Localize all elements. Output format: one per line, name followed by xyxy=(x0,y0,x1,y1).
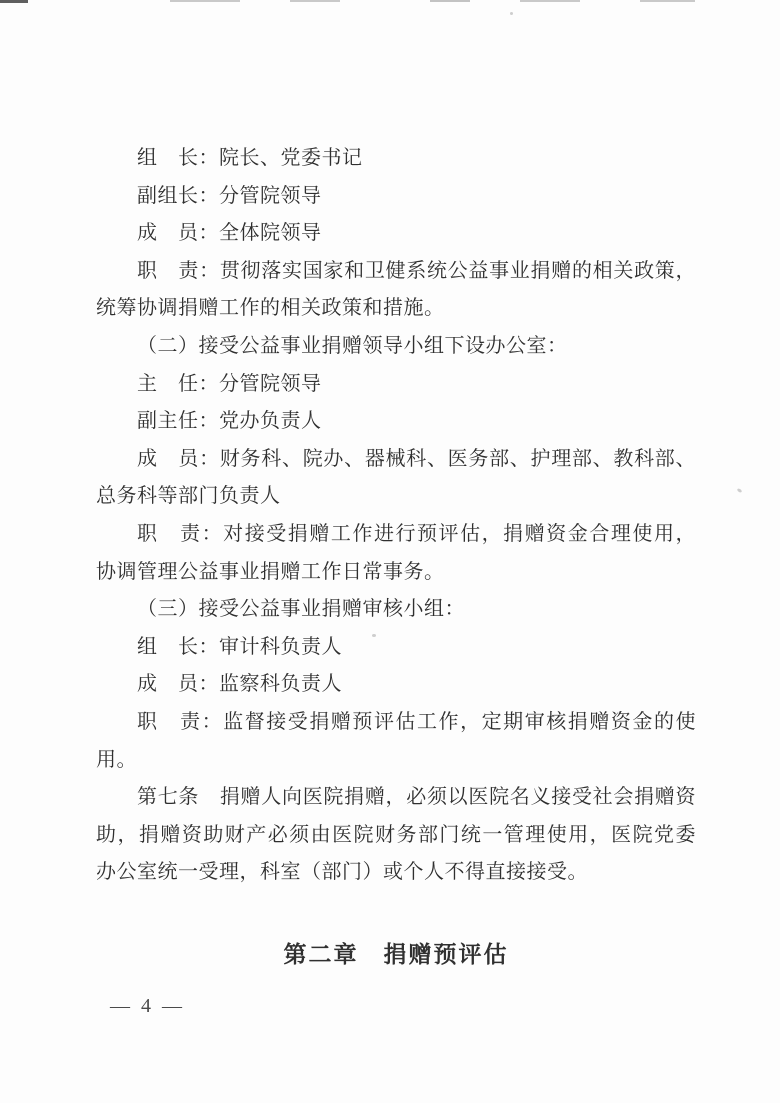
text-line: 助，捐赠资助财产必须由医院财务部门统一管理使用，医院党委 xyxy=(96,817,696,855)
text-line: 成 员：全体院领导 xyxy=(96,215,696,253)
scan-speck xyxy=(737,488,743,493)
text-line: （三）接受公益事业捐赠审核小组： xyxy=(96,591,696,629)
text-line: 职 责：监督接受捐赠预评估工作，定期审核捐赠资金的使 xyxy=(96,704,696,742)
text-line: 第七条 捐赠人向医院捐赠，必须以医院名义接受社会捐赠资 xyxy=(96,779,696,817)
text-line: 统筹协调捐赠工作的相关政策和措施。 xyxy=(96,290,696,328)
text-line: 办公室统一受理，科室（部门）或个人不得直接接受。 xyxy=(96,854,696,892)
text-line: （二）接受公益事业捐赠领导小组下设办公室： xyxy=(96,328,696,366)
text-line: 职 责：对接受捐赠工作进行预评估，捐赠资金合理使用， xyxy=(96,516,696,554)
text-line: 组 长：院长、党委书记 xyxy=(96,140,696,178)
text-line: 成 员：财务科、院办、器械科、医务部、护理部、教科部、 xyxy=(96,441,696,479)
text-line: 成 员：监察科负责人 xyxy=(96,666,696,704)
text-line: 协调管理公益事业捐赠工作日常事务。 xyxy=(96,554,696,592)
chapter-heading: 第二章 捐赠预评估 xyxy=(96,936,696,974)
document-page: 组 长：院长、党委书记副组长：分管院领导成 员：全体院领导职 责：贯彻落实国家和… xyxy=(0,0,780,1103)
page-number: — 4 — xyxy=(110,995,185,1018)
scan-speck xyxy=(510,12,513,15)
text-line: 总务科等部门负责人 xyxy=(96,478,696,516)
document-body-text: 组 长：院长、党委书记副组长：分管院领导成 员：全体院领导职 责：贯彻落实国家和… xyxy=(96,140,696,892)
text-line: 副主任：党办负责人 xyxy=(96,403,696,441)
text-line: 职 责：贯彻落实国家和卫健系统公益事业捐赠的相关政策， xyxy=(96,253,696,291)
text-line: 主 任：分管院领导 xyxy=(96,366,696,404)
text-line: 用。 xyxy=(96,742,696,780)
scan-artifact-top-edge xyxy=(0,0,780,4)
text-line: 组 长：审计科负责人 xyxy=(96,629,696,667)
text-line: 副组长：分管院领导 xyxy=(96,178,696,216)
